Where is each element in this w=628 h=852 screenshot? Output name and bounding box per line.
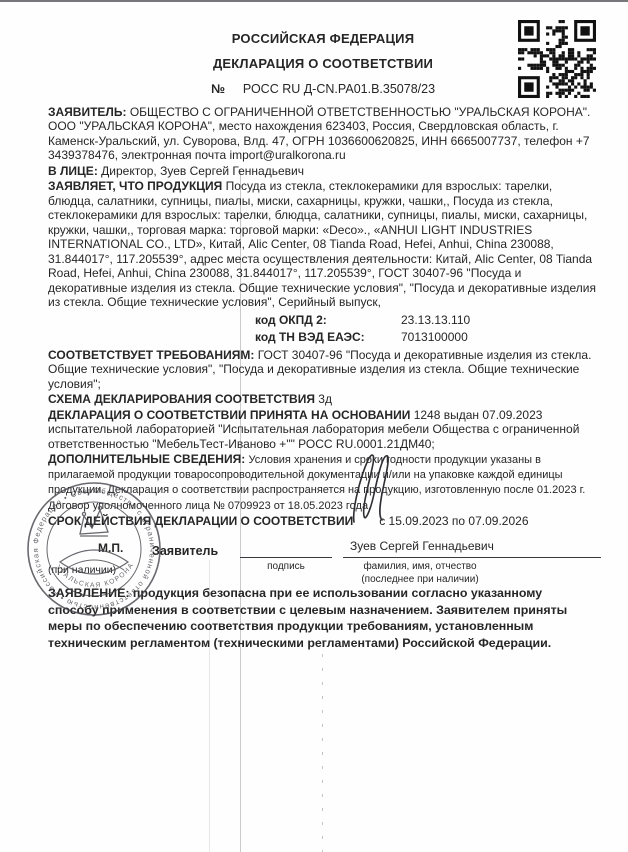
document-title: ДЕКЛАРАЦИЯ О СООТВЕТСТВИИ xyxy=(48,57,598,72)
stamp-place-mark: М.П. xyxy=(98,541,123,556)
signatory-name: Зуев Сергей Геннадьевич xyxy=(350,539,494,554)
signature-line xyxy=(240,535,332,558)
okpd2-value: 23.13.13.110 xyxy=(401,313,470,328)
in-person-label: В ЛИЦЕ: xyxy=(48,164,98,178)
scan-artifact-line xyxy=(322,640,323,852)
declaration-number: №РОСС RU Д-CN.РА01.В.35078/23 xyxy=(48,82,598,97)
complies-section: СООТВЕТСТВУЕТ ТРЕБОВАНИЯМ: ГОСТ 30407-96… xyxy=(48,348,598,392)
declares-text: Посуда из стекла, стеклокерамики для взр… xyxy=(48,179,596,309)
name-caption-line2: (последнее при наличии) xyxy=(361,574,478,585)
validity-label: СРОК ДЕЙСТВИЯ ДЕКЛАРАЦИИ О СООТВЕТСТВИИ xyxy=(48,514,353,528)
applicant-label: ЗАЯВИТЕЛЬ: xyxy=(48,105,126,119)
scan-top-edge xyxy=(0,0,628,2)
basis-label: ДЕКЛАРАЦИЯ О СООТВЕТСТВИИ ПРИНЯТА НА ОСН… xyxy=(48,408,410,422)
additional-info-label: ДОПОЛНИТЕЛЬНЫЕ СВЕДЕНИЯ: xyxy=(48,452,245,466)
additional-info-section: ДОПОЛНИТЕЛЬНЫЕ СВЕДЕНИЯ: Условия хранени… xyxy=(48,452,598,513)
tnved-value: 7013100000 xyxy=(401,330,468,345)
in-person-section: В ЛИЦЕ: Директор, Зуев Сергей Геннадьеви… xyxy=(48,164,598,179)
number-sign: № xyxy=(211,82,225,96)
statement-label: ЗАЯВЛЕНИЕ: xyxy=(48,586,129,600)
declares-section: ЗАЯВЛЯЕТ, ЧТО ПРОДУКЦИЯ Посуда из стекла… xyxy=(48,179,598,310)
tnved-code-row: код ТН ВЭД ЕАЭС: 7013100000 xyxy=(48,330,598,345)
document-content: РОССИЙСКАЯ ФЕДЕРАЦИЯ ДЕКЛАРАЦИЯ О СООТВЕ… xyxy=(48,30,598,652)
validity-value: с 15.09.2023 по 07.09.2026 xyxy=(379,514,528,528)
applicant-text: ОБЩЕСТВО С ОГРАНИЧЕННОЙ ОТВЕТСТВЕННОСТЬЮ… xyxy=(48,105,590,163)
product-codes: код ОКПД 2: 23.13.13.110 код ТН ВЭД ЕАЭС… xyxy=(48,313,598,345)
name-caption-line1: фамилия, имя, отчество xyxy=(363,561,476,572)
country-header: РОССИЙСКАЯ ФЕДЕРАЦИЯ xyxy=(48,32,598,47)
signature-block: М.П. (при наличии) Заявитель подпись Зуе… xyxy=(48,535,598,585)
safety-statement-section: ЗАЯВЛЕНИЕ: продукция безопасна при ее ис… xyxy=(48,585,588,651)
validity-section: СРОК ДЕЙСТВИЯ ДЕКЛАРАЦИИ О СООТВЕТСТВИИс… xyxy=(48,514,598,529)
complies-label: СООТВЕТСТВУЕТ ТРЕБОВАНИЯМ: xyxy=(48,348,254,362)
scheme-value: 3д xyxy=(318,392,332,406)
tnved-label: код ТН ВЭД ЕАЭС: xyxy=(255,330,401,345)
number-value: РОСС RU Д-CN.РА01.В.35078/23 xyxy=(243,82,435,96)
stamp-place-note: (при наличии) xyxy=(48,563,116,578)
in-person-text: Директор, Зуев Сергей Геннадьевич xyxy=(101,164,304,178)
scheme-section: СХЕМА ДЕКЛАРИРОВАНИЯ СООТВЕТСТВИЯ 3д xyxy=(48,392,598,407)
declares-label: ЗАЯВЛЯЕТ, ЧТО ПРОДУКЦИЯ xyxy=(48,179,222,193)
scheme-label: СХЕМА ДЕКЛАРИРОВАНИЯ СООТВЕТСТВИЯ xyxy=(48,392,315,406)
okpd2-code-row: код ОКПД 2: 23.13.13.110 xyxy=(48,313,598,328)
okpd2-label: код ОКПД 2: xyxy=(255,313,401,328)
basis-section: ДЕКЛАРАЦИЯ О СООТВЕТСТВИИ ПРИНЯТА НА ОСН… xyxy=(48,408,598,452)
name-caption: фамилия, имя, отчество (последнее при на… xyxy=(310,560,530,586)
declaration-document-page: РОССИЙСКАЯ ФЕДЕРАЦИЯ ДЕКЛАРАЦИЯ О СООТВЕ… xyxy=(0,0,628,852)
applicant-signature-label: Заявитель xyxy=(152,544,218,559)
applicant-section: ЗАЯВИТЕЛЬ: ОБЩЕСТВО С ОГРАНИЧЕННОЙ ОТВЕТ… xyxy=(48,105,598,163)
